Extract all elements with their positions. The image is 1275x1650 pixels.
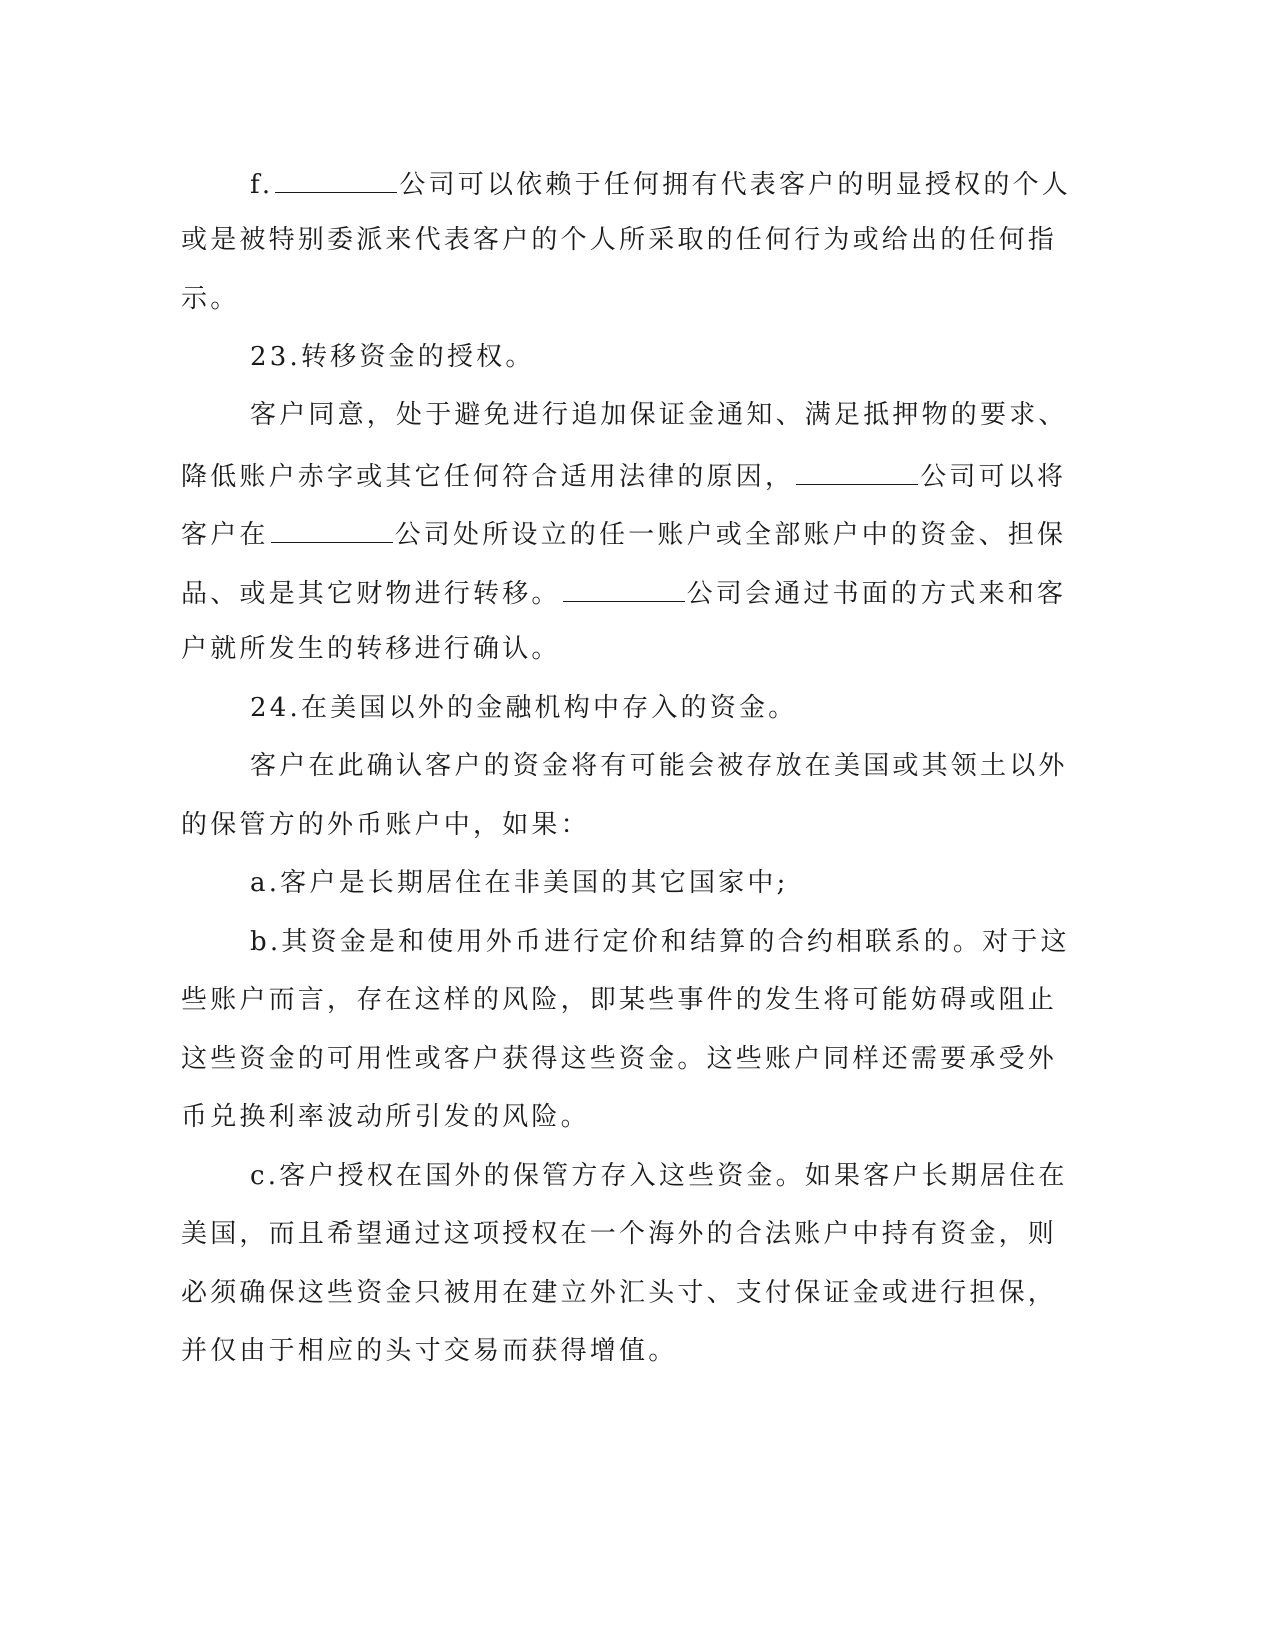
text-fragment: a.客户是长期居住在非美国的其它国家中;: [250, 868, 789, 898]
text-fragment: 公司可以将: [920, 462, 1066, 492]
text-line: 客户在此确认客户的资金将有可能会被存放在美国或其领土以外: [250, 750, 1068, 782]
section-heading: 23.转移资金的授权。: [250, 341, 535, 373]
text-fragment: 这些资金的可用性或客户获得这些资金。这些账户同样还需要承受外: [181, 1044, 1057, 1074]
list-item-a: a.客户是长期居住在非美国的其它国家中;: [250, 867, 789, 899]
section-title: 23.转移资金的授权。: [250, 342, 535, 372]
text-line: 这些资金的可用性或客户获得这些资金。这些账户同样还需要承受外: [181, 1043, 1057, 1075]
list-item-c: c.客户授权在国外的保管方存入这些资金。如果客户长期居住在: [250, 1160, 1068, 1192]
text-fragment: 客户在: [181, 520, 269, 550]
text-line: 币兑换利率波动所引发的风险。: [181, 1101, 590, 1133]
text-fragment: 公司处所设立的任一账户或全部账户中的资金、担保: [395, 520, 1067, 550]
text-line: 必须确保这些资金只被用在建立外汇头寸、支付保证金或进行担保，: [181, 1277, 1057, 1309]
text-line: 客户在公司处所设立的任一账户或全部账户中的资金、担保: [181, 516, 1066, 551]
text-line: 示。: [181, 283, 239, 315]
text-line: 并仅由于相应的头寸交易而获得增值。: [181, 1335, 677, 1367]
fill-in-blank: [275, 166, 397, 193]
text-fragment: 户就所发生的转移进行确认。: [181, 634, 561, 664]
text-line: 降低账户赤字或其它任何符合适用法律的原因，公司可以将: [181, 458, 1066, 493]
text-line: f.公司可以依赖于任何拥有代表客户的明显授权的个人: [250, 166, 1071, 201]
text-fragment: 必须确保这些资金只被用在建立外汇头寸、支付保证金或进行担保，: [181, 1278, 1057, 1308]
text-fragment: 公司会通过书面的方式来和客: [687, 579, 1067, 609]
text-fragment: 币兑换利率波动所引发的风险。: [181, 1102, 590, 1132]
text-fragment: 并仅由于相应的头寸交易而获得增值。: [181, 1336, 677, 1366]
text-line: 的保管方的外币账户中，如果：: [181, 809, 590, 841]
text-fragment: b.其资金是和使用外币进行定价和结算的合约相联系的。对于这: [250, 927, 1070, 957]
text-fragment: 降低账户赤字或其它任何符合适用法律的原因，: [181, 462, 794, 492]
list-item-b: b.其资金是和使用外币进行定价和结算的合约相联系的。对于这: [250, 926, 1070, 958]
text-line: 或是被特别委派来代表客户的个人所采取的任何行为或给出的任何指: [181, 224, 1057, 256]
fill-in-blank: [271, 516, 393, 543]
text-fragment: 品、或是其它财物进行转移。: [181, 579, 561, 609]
fill-in-blank: [796, 458, 918, 485]
text-fragment: c.客户授权在国外的保管方存入这些资金。如果客户长期居住在: [250, 1161, 1068, 1191]
text-fragment: 公司可以依赖于任何拥有代表客户的明显授权的个人: [399, 170, 1071, 200]
text-fragment: 些账户而言，存在这样的风险，即某些事件的发生将可能妨碍或阻止: [181, 985, 1057, 1015]
text-fragment: 美国，而且希望通过这项授权在一个海外的合法账户中持有资金，则: [181, 1219, 1057, 1249]
text-fragment: 的保管方的外币账户中，如果：: [181, 810, 590, 840]
text-line: 些账户而言，存在这样的风险，即某些事件的发生将可能妨碍或阻止: [181, 984, 1057, 1016]
text-line: 客户同意，处于避免进行追加保证金通知、满足抵押物的要求、: [250, 399, 1068, 431]
section-title: 24.在美国以外的金融机构中存入的资金。: [250, 693, 797, 723]
section-heading: 24.在美国以外的金融机构中存入的资金。: [250, 692, 797, 724]
fill-in-blank: [563, 575, 685, 602]
text-line: 美国，而且希望通过这项授权在一个海外的合法账户中持有资金，则: [181, 1218, 1057, 1250]
text-line: 品、或是其它财物进行转移。公司会通过书面的方式来和客: [181, 575, 1066, 610]
document-page: f.公司可以依赖于任何拥有代表客户的明显授权的个人 或是被特别委派来代表客户的个…: [0, 0, 1275, 1650]
text-fragment: 或是被特别委派来代表客户的个人所采取的任何行为或给出的任何指: [181, 225, 1057, 255]
text-line: 户就所发生的转移进行确认。: [181, 633, 561, 665]
text-fragment: 客户同意，处于避免进行追加保证金通知、满足抵押物的要求、: [250, 400, 1068, 430]
text-fragment: 客户在此确认客户的资金将有可能会被存放在美国或其领土以外: [250, 751, 1068, 781]
text-fragment: 示。: [181, 284, 239, 314]
text-fragment: f.: [250, 170, 273, 200]
